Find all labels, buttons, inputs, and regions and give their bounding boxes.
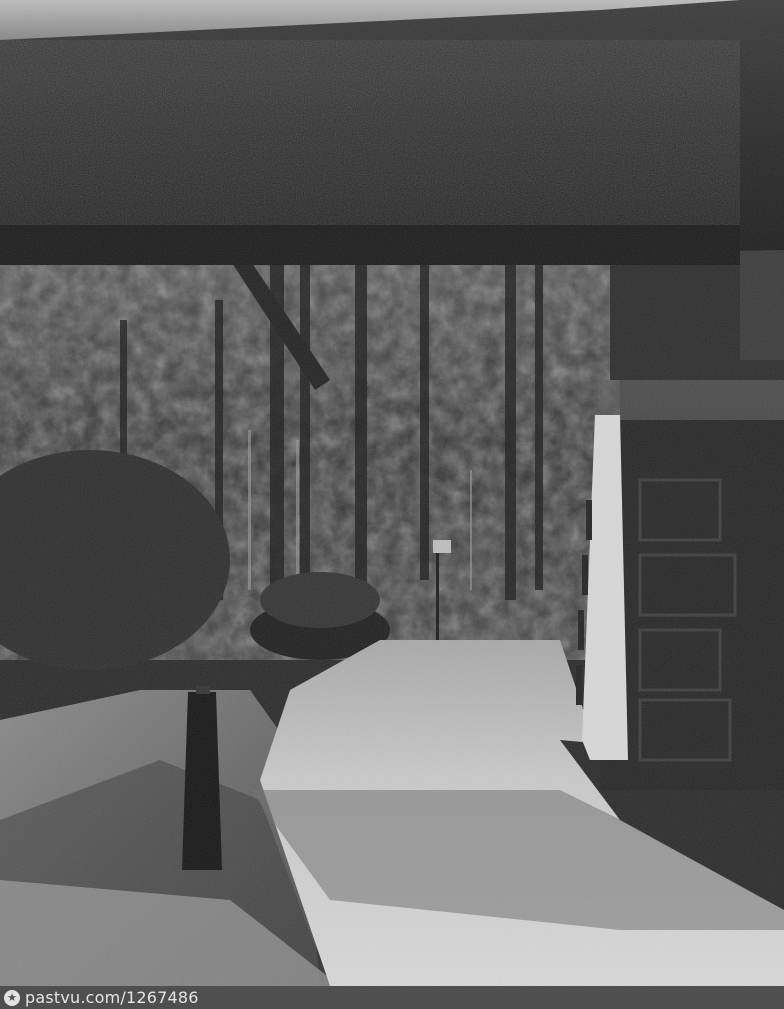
photograph [0, 0, 784, 986]
watermark-text[interactable]: pastvu.com/1267486 [25, 988, 199, 1007]
star-icon: ★ [4, 990, 20, 1006]
watermark-bar: ★ pastvu.com/1267486 [0, 986, 784, 1009]
photo-scene [0, 0, 784, 986]
